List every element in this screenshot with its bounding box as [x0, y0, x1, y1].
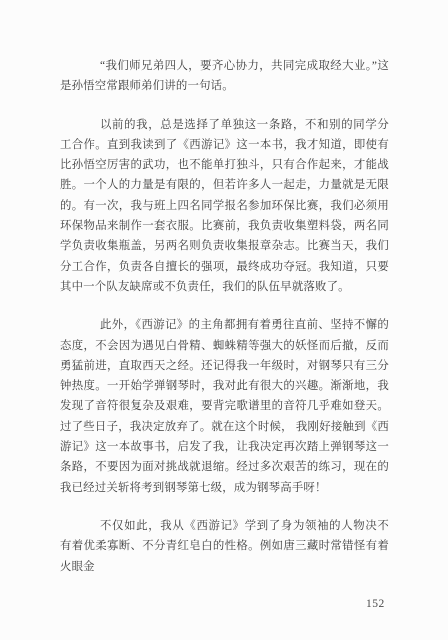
paragraph-perseverance: 此外，《西游记》的主角都拥有着勇往直前、坚持不懈的态度，不会因为遇见白骨精、蜘蛛… [60, 315, 389, 498]
essay-body: “我们师兄弟四人，要齐心协力，共同完成取经大业。”这是孙悟空常跟师弟们讲的一句话… [60, 56, 389, 577]
paragraph-teamwork: 以前的我，总是选择了单独这一条路，不和别的同学分工合作。直到我读到了《西游记》这… [60, 115, 389, 298]
paragraph-opening-quote: “我们师兄弟四人，要齐心协力，共同完成取经大业。”这是孙悟空常跟师弟们讲的一句话… [60, 56, 389, 97]
page-number: 152 [366, 597, 385, 611]
book-page: “我们师兄弟四人，要齐心协力，共同完成取经大业。”这是孙悟空常跟师弟们讲的一句话… [0, 0, 448, 640]
paragraph-leadership: 不仅如此，我从《西游记》学到了身为领袖的人物决不有着优柔寡断、不分青红皂白的性格… [60, 516, 389, 577]
